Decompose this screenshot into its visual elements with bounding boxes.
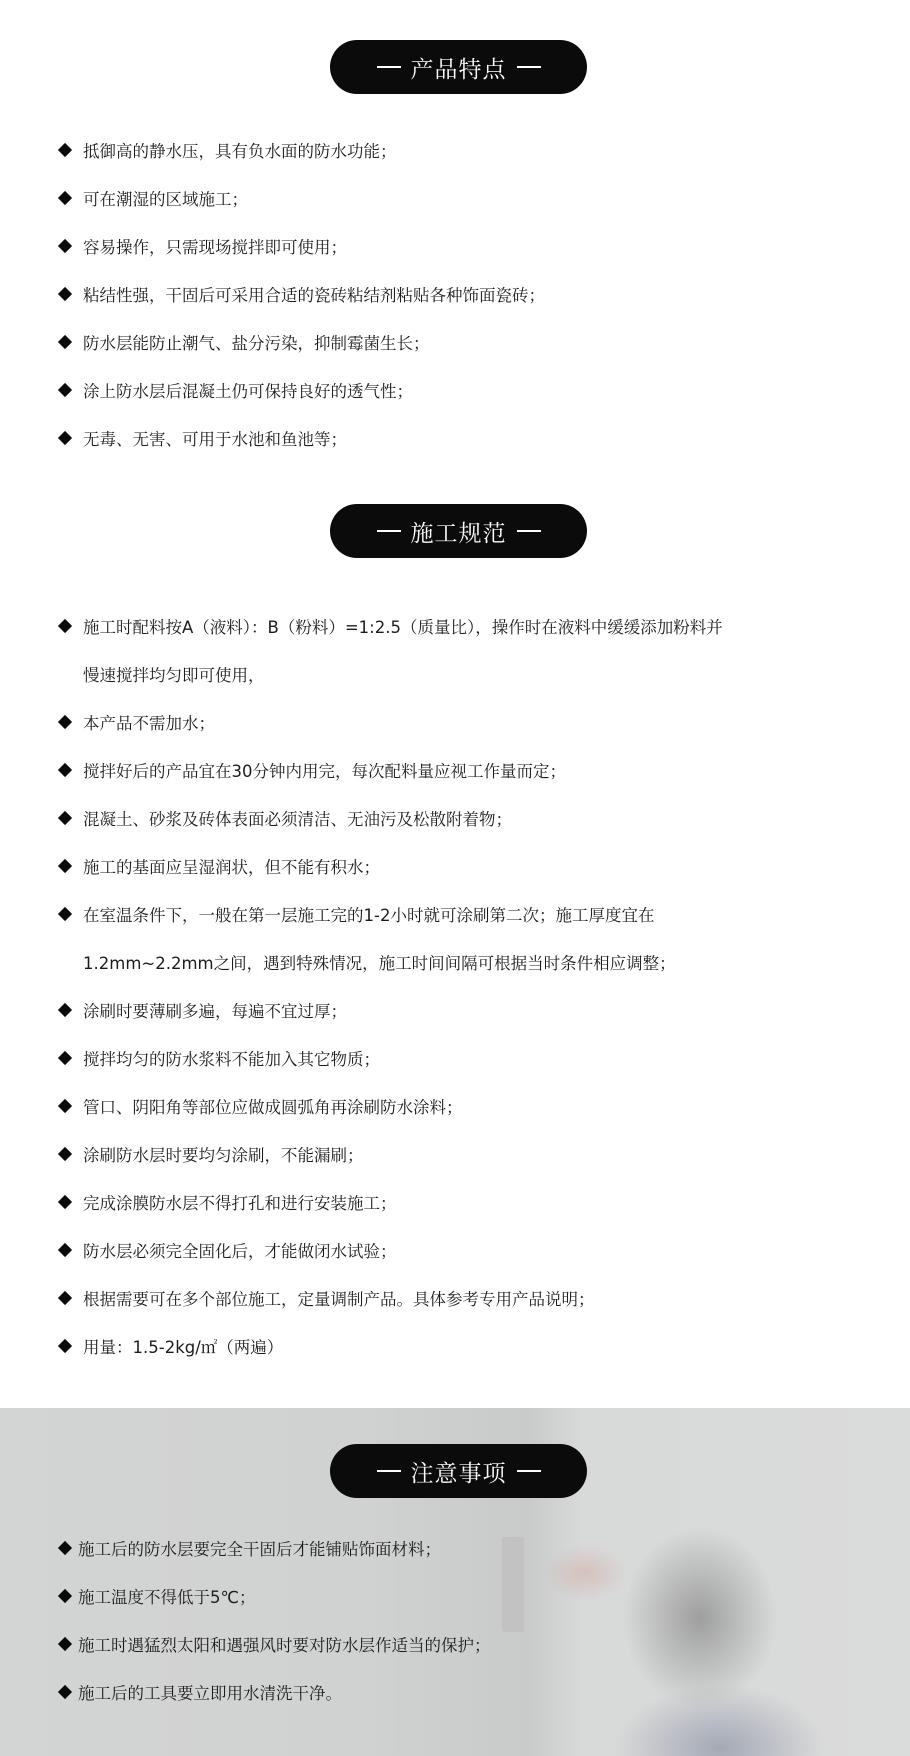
list-item: 本产品不需加水； [58, 698, 890, 746]
diamond-bullet-icon [58, 1339, 72, 1353]
list-item: 根据需要可在多个部位施工，定量调制产品。具体参考专用产品说明； [58, 1274, 890, 1322]
diamond-bullet-icon [58, 1291, 72, 1305]
section-title-text: 注意事项 [411, 1455, 507, 1488]
list-item: 施工后的防水层要完全干固后才能铺贴饰面材料； [58, 1524, 890, 1572]
list-item: 完成涂膜防水层不得打孔和进行安装施工； [58, 1178, 890, 1226]
diamond-bullet-icon [58, 763, 72, 777]
diamond-bullet-icon [58, 1147, 72, 1161]
dash-right [517, 1470, 541, 1472]
diamond-bullet-icon [58, 1099, 72, 1113]
diamond-bullet-icon [58, 859, 72, 873]
list-item: 搅拌均匀的防水浆料不能加入其它物质； [58, 1034, 890, 1082]
dash-left [377, 530, 401, 532]
diamond-bullet-icon [58, 619, 72, 633]
diamond-bullet-icon [58, 1685, 72, 1699]
list-item: 施工时配料按A（液料）：B（粉料）=1:2.5（质量比），操作时在液料中缓缓添加… [58, 602, 890, 650]
list-item: 容易操作，只需现场搅拌即可使用； [58, 222, 890, 270]
section-title-construction: 施工规范 [330, 504, 587, 558]
diamond-bullet-icon [58, 191, 72, 205]
diamond-bullet-icon [58, 1051, 72, 1065]
notes-list: 施工后的防水层要完全干固后才能铺贴饰面材料； 施工温度不得低于5℃； 施工时遇猛… [58, 1524, 890, 1716]
section-title-text: 施工规范 [411, 515, 507, 548]
list-item: 混凝土、砂浆及砖体表面必须清洁、无油污及松散附着物； [58, 794, 890, 842]
list-item: 在室温条件下，一般在第一层施工完的1-2小时就可涂刷第二次；施工厚度宜在 [58, 890, 890, 938]
list-item: 施工后的工具要立即用水清洗干净。 [58, 1668, 890, 1716]
list-item: 涂刷时要薄刷多遍，每遍不宜过厚； [58, 986, 890, 1034]
diamond-bullet-icon [58, 1637, 72, 1651]
list-item-continuation: 1.2mm~2.2mm之间，遇到特殊情况，施工时间间隔可根据当时条件相应调整； [58, 938, 890, 986]
list-item: 用量：1.5-2kg/㎡（两遍） [58, 1322, 890, 1370]
list-item: 无毒、无害、可用于水池和鱼池等； [58, 414, 890, 462]
section-title-notes: 注意事项 [330, 1444, 587, 1498]
list-item: 搅拌好后的产品宜在30分钟内用完，每次配料量应视工作量而定； [58, 746, 890, 794]
list-item: 施工时遇猛烈太阳和遇强风时要对防水层作适当的保护； [58, 1620, 890, 1668]
list-item: 涂上防水层后混凝土仍可保持良好的透气性； [58, 366, 890, 414]
list-item: 施工的基面应呈湿润状，但不能有积水； [58, 842, 890, 890]
list-item-continuation: 慢速搅拌均匀即可使用， [58, 650, 890, 698]
diamond-bullet-icon [58, 1003, 72, 1017]
diamond-bullet-icon [58, 1589, 72, 1603]
diamond-bullet-icon [58, 715, 72, 729]
dash-right [517, 66, 541, 68]
list-item: 粘结性强，干固后可采用合适的瓷砖粘结剂粘贴各种饰面瓷砖； [58, 270, 890, 318]
list-item: 涂刷防水层时要均匀涂刷，不能漏刷； [58, 1130, 890, 1178]
list-item: 可在潮湿的区域施工； [58, 174, 890, 222]
diamond-bullet-icon [58, 1195, 72, 1209]
diamond-bullet-icon [58, 383, 72, 397]
diamond-bullet-icon [58, 431, 72, 445]
diamond-bullet-icon [58, 907, 72, 921]
diamond-bullet-icon [58, 811, 72, 825]
dash-left [377, 66, 401, 68]
construction-list: 施工时配料按A（液料）：B（粉料）=1:2.5（质量比），操作时在液料中缓缓添加… [58, 602, 890, 1370]
list-item: 管口、阴阳角等部位应做成圆弧角再涂刷防水涂料； [58, 1082, 890, 1130]
list-item: 防水层必须完全固化后，才能做闭水试验； [58, 1226, 890, 1274]
diamond-bullet-icon [58, 1243, 72, 1257]
list-item: 防水层能防止潮气、盐分污染，抑制霉菌生长； [58, 318, 890, 366]
diamond-bullet-icon [58, 335, 72, 349]
diamond-bullet-icon [58, 1541, 72, 1555]
dash-left [377, 1470, 401, 1472]
dash-right [517, 530, 541, 532]
diamond-bullet-icon [58, 287, 72, 301]
list-item: 抵御高的静水压，具有负水面的防水功能； [58, 126, 890, 174]
diamond-bullet-icon [58, 239, 72, 253]
features-list: 抵御高的静水压，具有负水面的防水功能； 可在潮湿的区域施工； 容易操作，只需现场… [58, 126, 890, 462]
diamond-bullet-icon [58, 143, 72, 157]
list-item: 施工温度不得低于5℃； [58, 1572, 890, 1620]
section-title-features: 产品特点 [330, 40, 587, 94]
section-title-text: 产品特点 [411, 51, 507, 84]
